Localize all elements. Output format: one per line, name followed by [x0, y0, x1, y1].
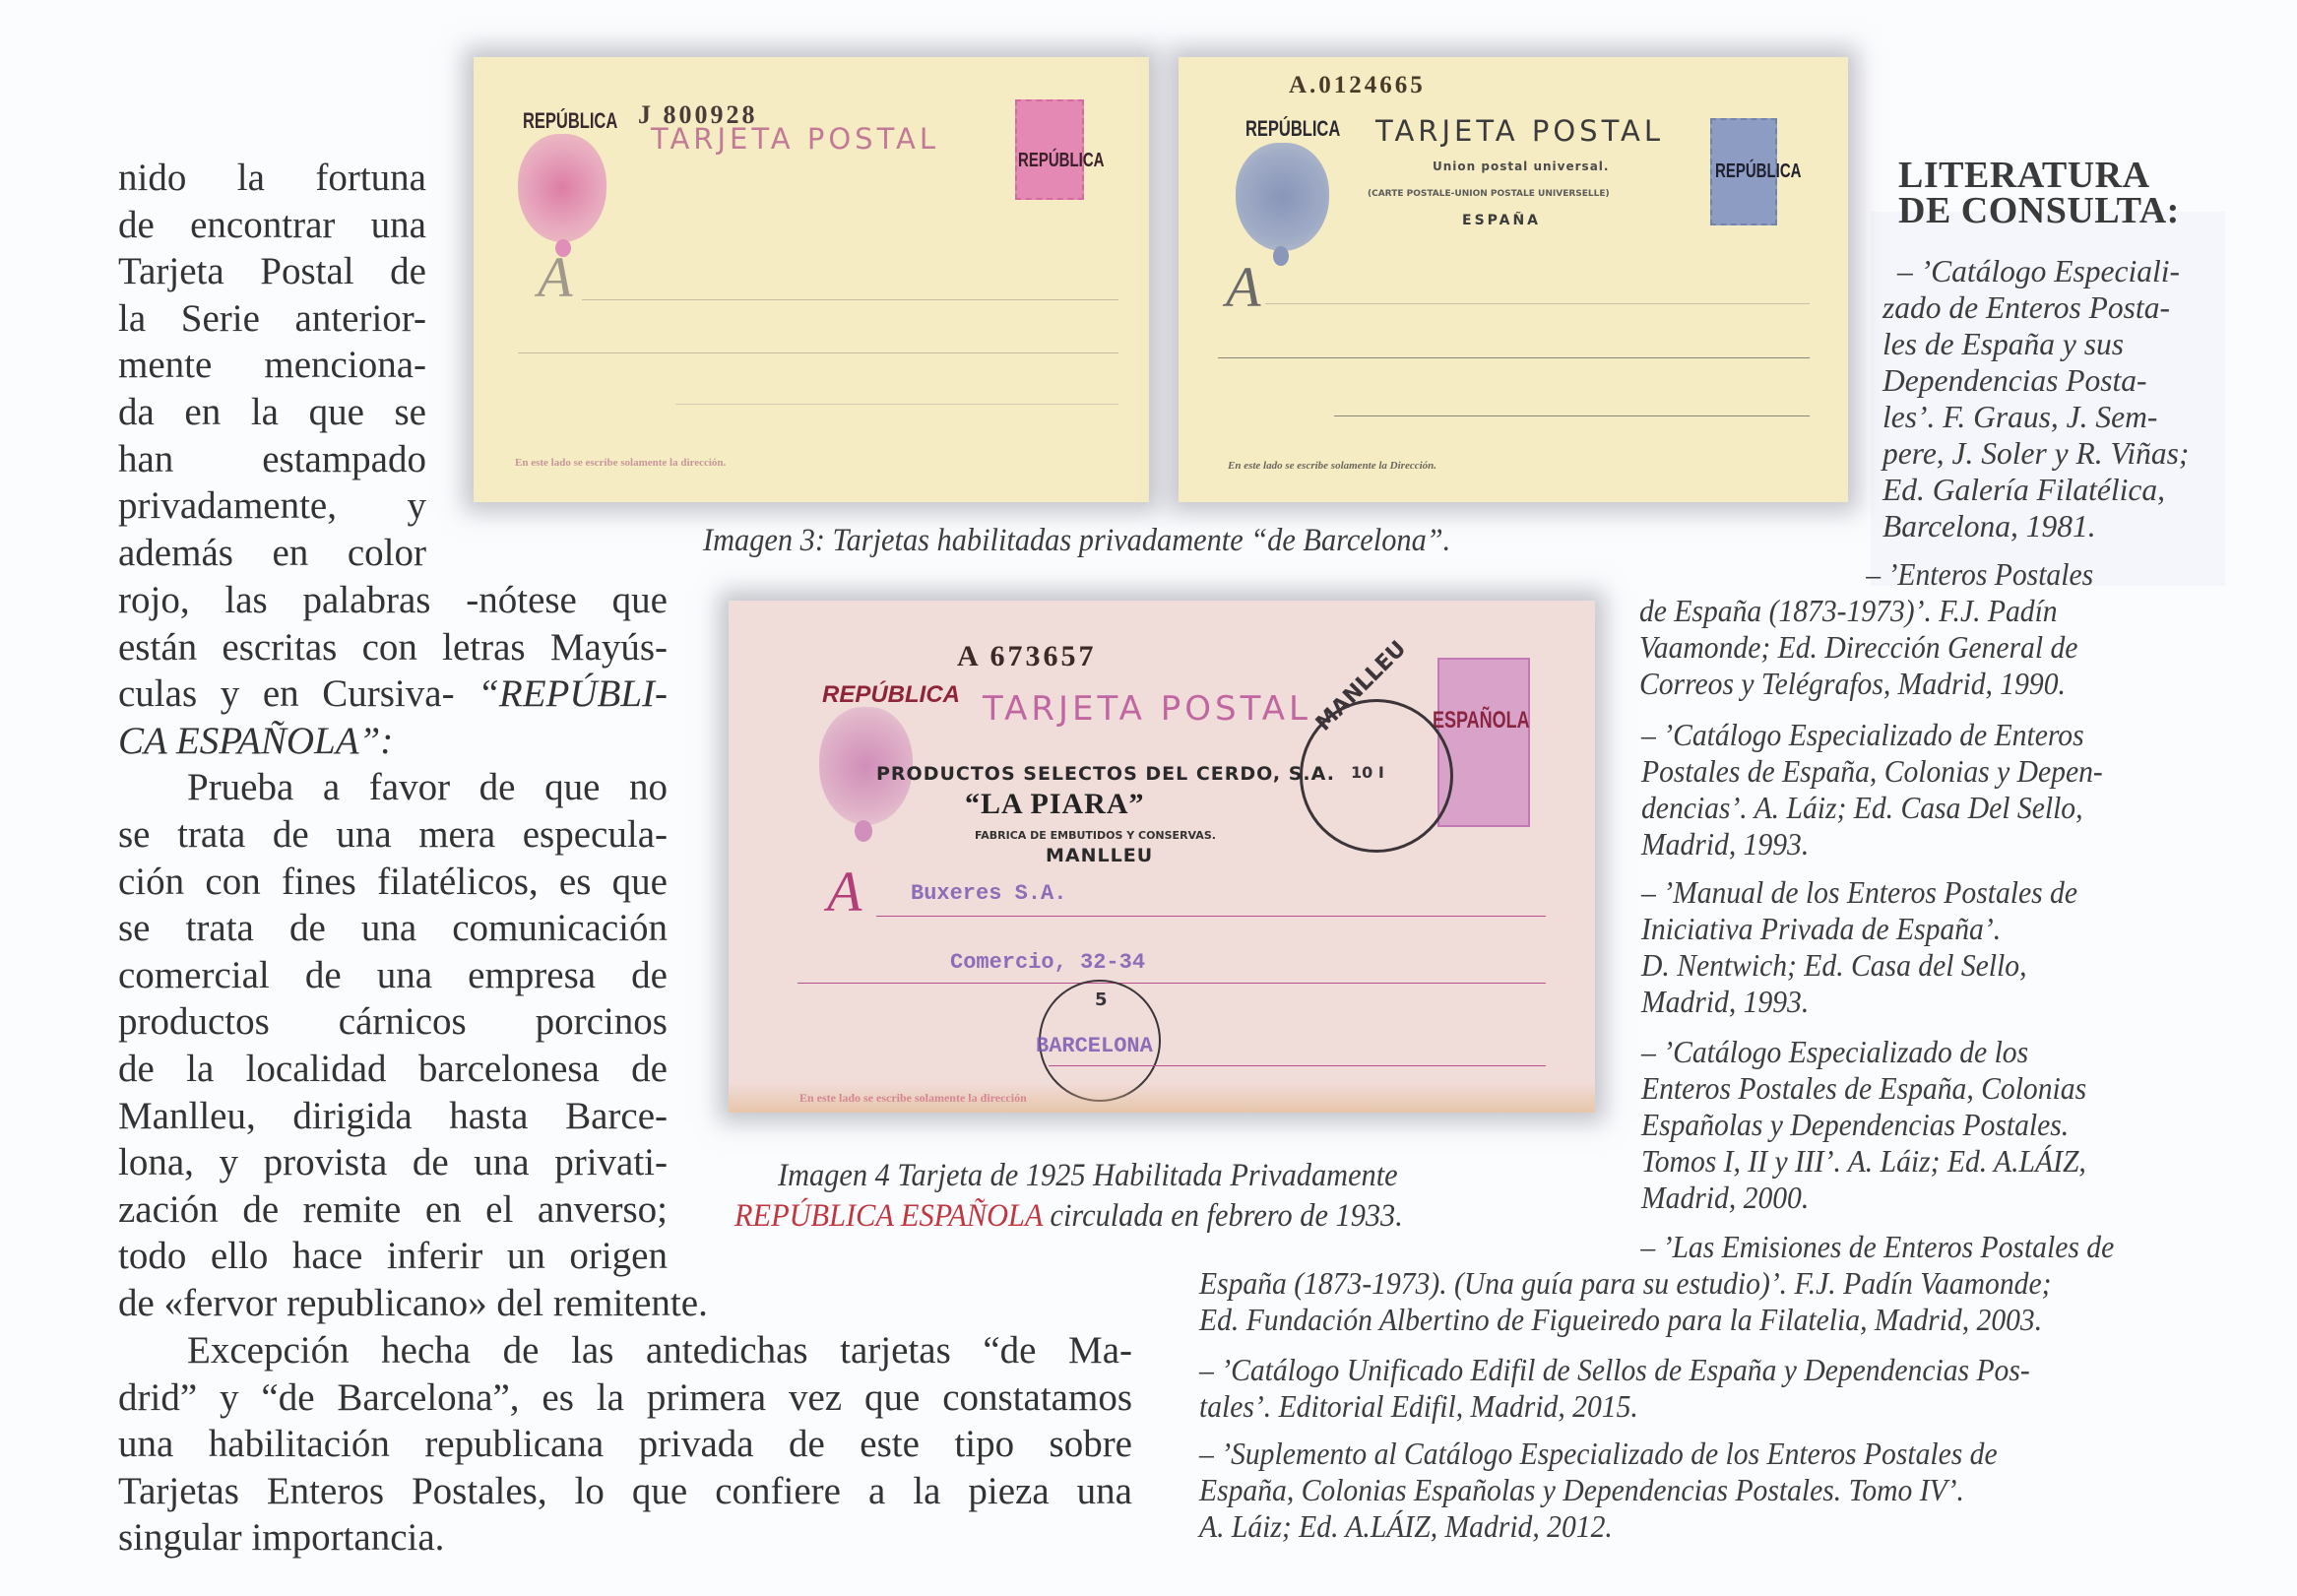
address-line — [1265, 303, 1810, 304]
crest-pendant-icon — [855, 820, 872, 842]
card-title: TARJETA POSTAL — [651, 122, 939, 156]
body-line: Tarjeta Postal de — [118, 248, 426, 295]
body-line-cursiva-end: CA ESPAÑOLA”: — [118, 718, 668, 765]
arrival-mark: 5 — [1095, 990, 1108, 1010]
card-country: ESPAÑA — [1462, 213, 1541, 228]
postage-stamp-icon — [1437, 658, 1530, 827]
sender-name: “LA PIARA” — [965, 788, 1145, 821]
caption-highlight-red: REPÚBLICA ESPAÑOLA — [734, 1198, 1043, 1234]
reference-item-6: – ’Las Emisiones de Enteros Postales de … — [1199, 1229, 2114, 1338]
body-line: de la localidad barcelonesa de — [118, 1046, 668, 1093]
body-line: la Serie anterior- — [118, 295, 426, 343]
reference-item-5: – ’Catálogo Especializado de los Enteros… — [1641, 1034, 2086, 1216]
addressee-a-glyph: A — [1226, 254, 1260, 320]
body-line: ción con fines filatélicos, es que — [118, 859, 668, 906]
address-line — [1334, 415, 1810, 416]
reference-item-1: – ’Catálogo Especiali- zado de Enteros P… — [1882, 253, 2189, 544]
address-line — [798, 983, 1546, 984]
postcard-image-2: A.0124665 REPÚBLICA TARJETA POSTAL Union… — [1179, 57, 1848, 502]
figure-caption-3: Imagen 3: Tarjetas habilitadas privadame… — [703, 523, 1450, 559]
reference-item-7: – ’Catálogo Unificado Edifil de Sellos d… — [1199, 1352, 2030, 1425]
reference-item-8: – ’Suplemento al Catálogo Especializado … — [1199, 1436, 1998, 1545]
card-subtitle-french: (CARTE POSTALE-UNION POSTALE UNIVERSELLE… — [1368, 189, 1610, 199]
article-paragraph-3: Excepción hecha de las antedichas tarjet… — [118, 1327, 1132, 1562]
addressee-a-glyph: A — [827, 859, 861, 925]
body-line: singular importancia. — [118, 1514, 1132, 1562]
body-line: todo ello hace inferir un origen — [118, 1233, 668, 1280]
body-line: comercial de una empresa de — [118, 952, 668, 999]
body-line: lona, y provista de una privati- — [118, 1139, 668, 1186]
card-serial-number: A.0124665 — [1289, 72, 1426, 99]
body-line: drid” y “de Barcelona”, es la primera ve… — [118, 1374, 1132, 1422]
card-footer-note: En este lado se escribe solamente la dir… — [515, 457, 726, 469]
card-title: TARJETA POSTAL — [983, 689, 1311, 729]
body-line: Excepción hecha de las antedichas tarjet… — [118, 1327, 1132, 1374]
address-line — [582, 299, 1118, 300]
body-line: productos cárnicos porcinos — [118, 998, 668, 1046]
republica-overprint: REPÚBLICA — [523, 108, 617, 134]
body-line: una habilitación republicana privada de … — [118, 1421, 1132, 1468]
sender-line: PRODUCTOS SELECTOS DEL CERDO, S.A. — [876, 763, 1335, 785]
article-body-column-narrow: nido la fortuna de encontrar una Tarjeta… — [118, 155, 426, 576]
typed-street: Comercio, 32-34 — [950, 950, 1145, 975]
body-line: de encontrar una — [118, 202, 426, 249]
addressee-a-glyph: A — [538, 244, 572, 310]
body-line: zación de remite en el anverso; — [118, 1186, 668, 1234]
card-serial-number: A 673657 — [957, 640, 1097, 673]
reference-item-3: – ’Catálogo Especializado de Enteros Pos… — [1641, 717, 2103, 862]
body-line: se trata de una comunicación — [118, 905, 668, 952]
body-line: mente menciona- — [118, 342, 426, 389]
figure-caption-4-line1: Imagen 4 Tarjeta de 1925 Habilitada Priv… — [778, 1158, 1398, 1194]
republica-overprint: REPÚBLICA — [822, 681, 960, 709]
typed-addressee: Buxeres S.A. — [911, 881, 1066, 906]
article-body-lastline: de «fervor republicano» del remitente. — [118, 1280, 807, 1327]
body-line-cursiva: culas y en Cursiva- “REPÚBLI- — [118, 670, 668, 718]
stamp-overprint: REPÚBLICA — [1715, 160, 1802, 183]
body-line: Prueba a favor de que no — [118, 764, 668, 811]
card-stain — [729, 1083, 1595, 1113]
body-line: privadamente, y — [118, 482, 426, 530]
body-line: además en color — [118, 530, 426, 577]
sender-line: FABRICA DE EMBUTIDOS Y CONSERVAS. — [975, 829, 1216, 842]
postcard-image-3: A 673657 REPÚBLICA TARJETA POSTAL ESPAÑO… — [729, 601, 1595, 1113]
crest-pendant-icon — [1273, 246, 1289, 266]
body-line: nido la fortuna — [118, 155, 426, 202]
sender-city: MANLLEU — [1046, 845, 1153, 866]
card-subtitle: Union postal universal. — [1433, 160, 1609, 173]
stamp-overprint: ESPAÑOLA — [1433, 707, 1530, 734]
body-line: están escritas con letras Mayús- — [118, 624, 668, 671]
republica-overprint: REPÚBLICA — [1245, 116, 1340, 142]
coat-of-arms-icon — [518, 134, 606, 242]
reference-item-2: – ’Enteros Postales de España (1873-1973… — [1639, 556, 2093, 702]
address-line — [876, 916, 1546, 917]
body-line: han estampado — [118, 436, 426, 483]
reference-item-4: – ’Manual de los Enteros Postales de Ini… — [1641, 874, 2077, 1020]
address-line — [675, 404, 1118, 405]
typed-city: BARCELONA — [1036, 1034, 1153, 1058]
body-line: se trata de una mera especula- — [118, 811, 668, 859]
postcard-image-1: REPÚBLICA J 800928 TARJETA POSTAL REPÚBL… — [474, 57, 1149, 502]
postmark-date: 10 I — [1351, 763, 1384, 782]
coat-of-arms-icon — [1236, 143, 1329, 251]
literature-heading: LITERATURA DE CONSULTA: — [1898, 158, 2180, 228]
body-line: Manlleu, dirigida hasta Barce- — [118, 1093, 668, 1140]
body-line: Tarjetas Enteros Postales, lo que confie… — [118, 1468, 1132, 1515]
card-footer-note: En este lado se escribe solamente la Dir… — [1228, 460, 1436, 472]
card-title: TARJETA POSTAL — [1375, 114, 1664, 148]
address-line — [518, 352, 1118, 353]
article-body-column-wide: rojo, las palabras -nótese que están esc… — [118, 577, 668, 1280]
body-line: de «fervor republicano» del remitente. — [118, 1280, 807, 1327]
body-line: rojo, las palabras -nótese que — [118, 577, 668, 624]
stamp-overprint: REPÚBLICA — [1018, 150, 1105, 172]
republica-italic: “REPÚBLI- — [478, 672, 668, 715]
address-line — [1049, 1065, 1546, 1066]
body-line: da en la que se — [118, 389, 426, 436]
address-line — [1218, 357, 1810, 358]
